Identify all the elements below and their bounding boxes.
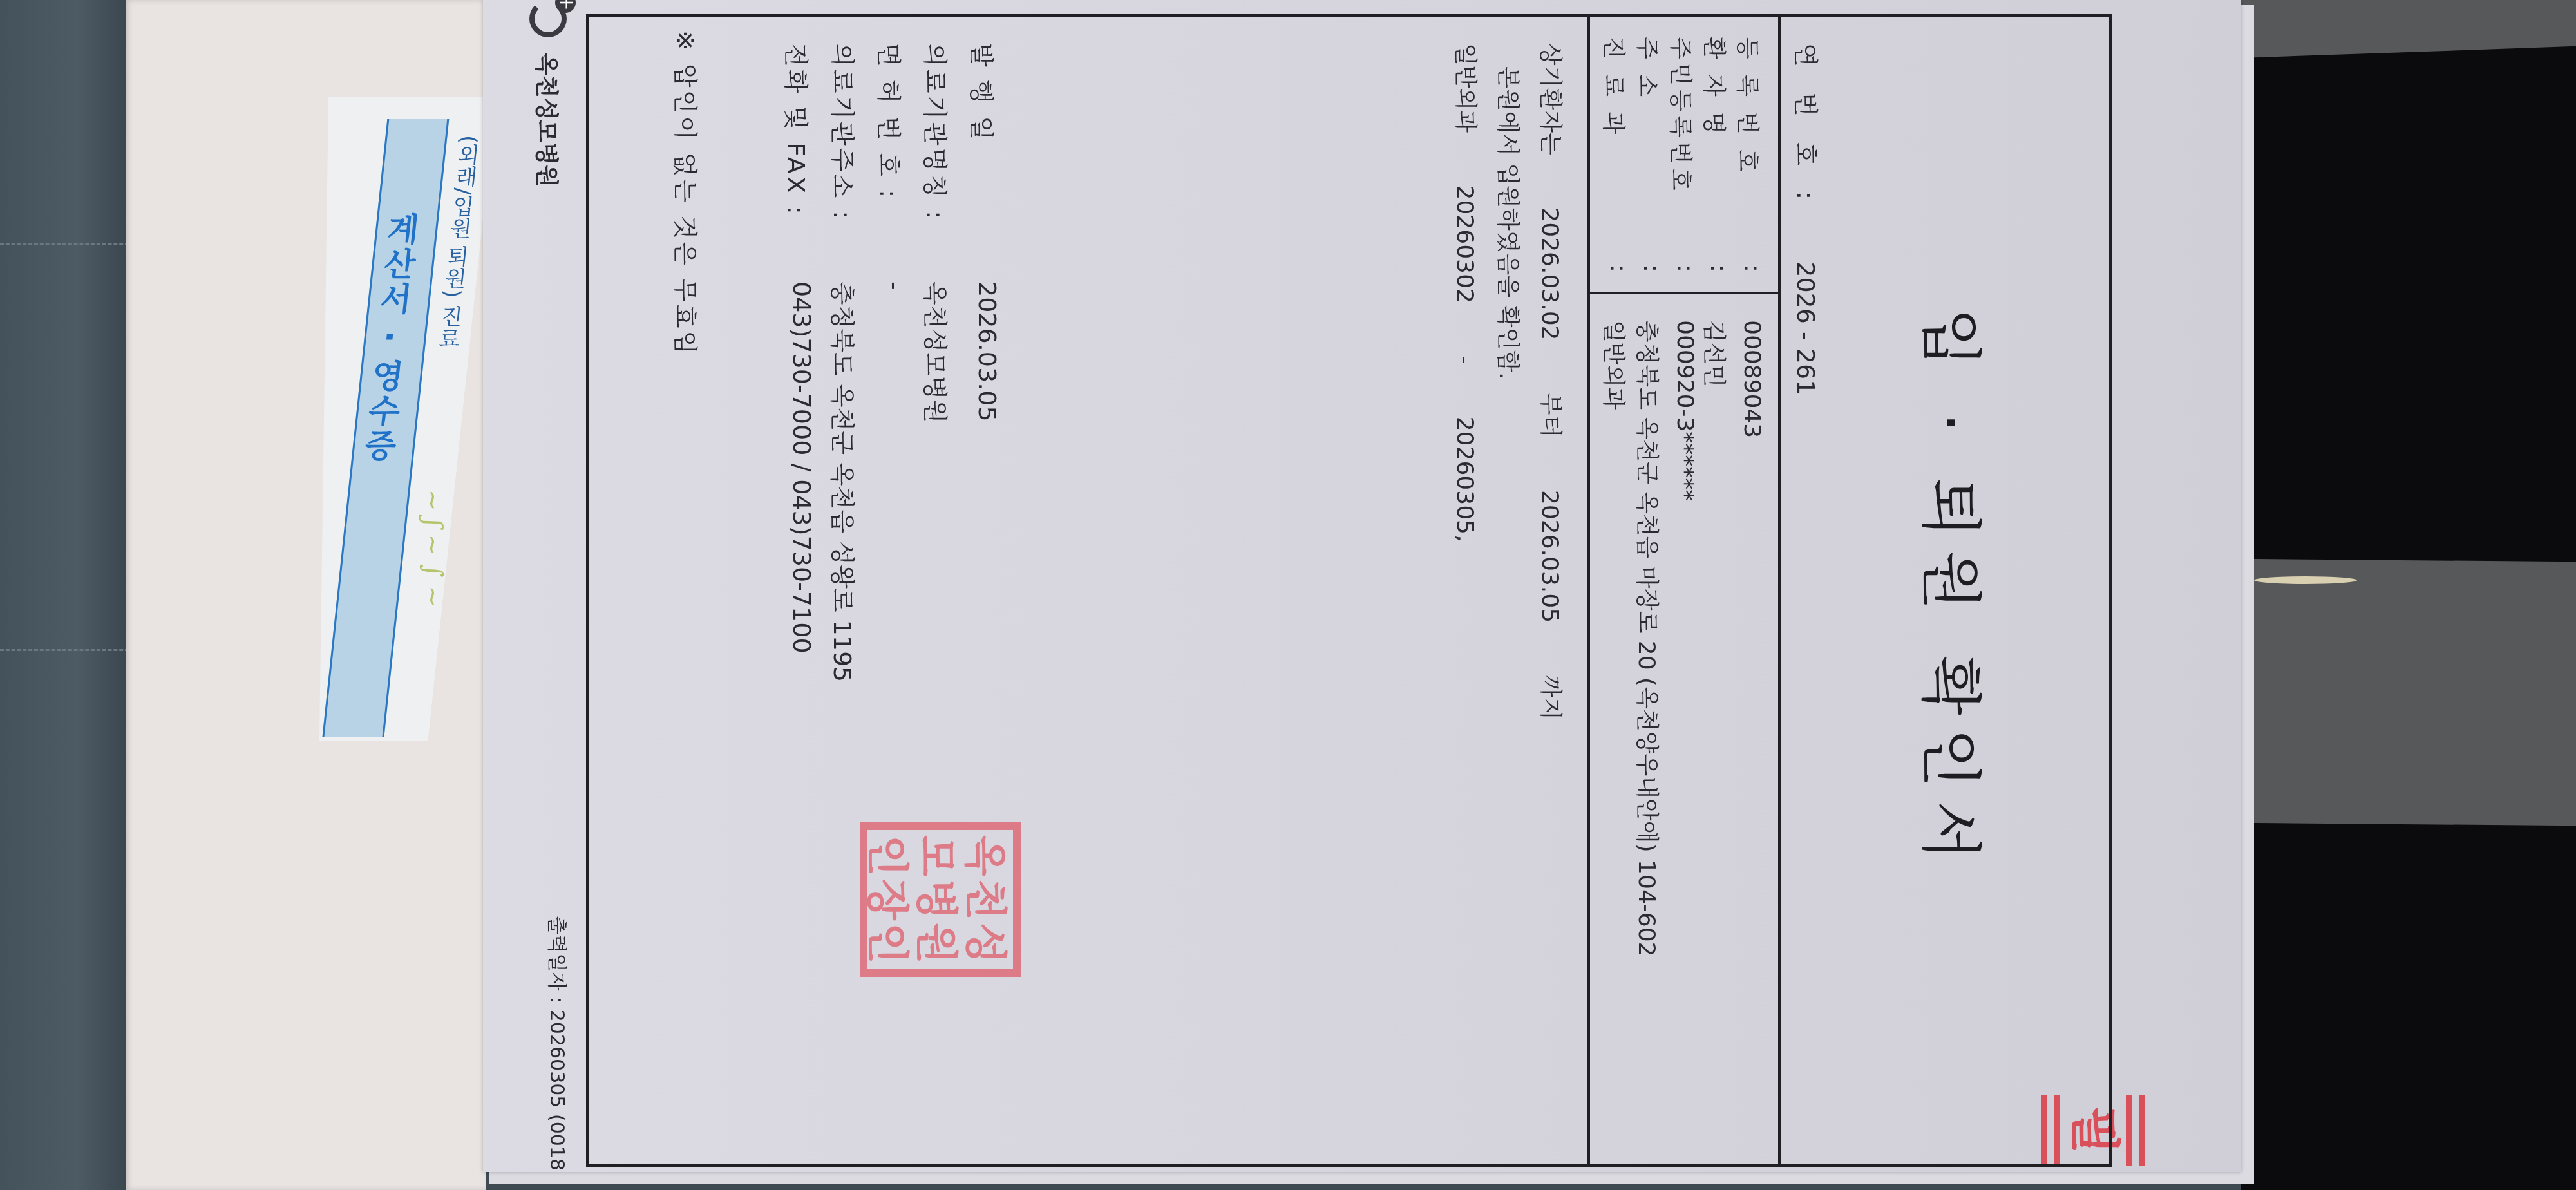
institution-name: 옥천성모병원 xyxy=(909,262,955,423)
validity-warning: ※ 압인이 없는 것은 무효임 xyxy=(670,30,705,357)
department: 일반외과 xyxy=(1598,320,1631,1144)
patient-info-labels: 등 록 번 호: 환 자 명: 주민등록번호: 주 소: 진 료 과: xyxy=(1590,17,1778,294)
institution-address: 충청북도 옥천군 옥천읍 성왕로 1195 xyxy=(816,262,862,682)
print-date: 출력일자 : 20260305 (0018 xyxy=(545,916,573,1171)
resident-number: 000920-3****** xyxy=(1665,320,1698,1144)
shoe-edge xyxy=(2254,576,2357,584)
info-label-row: 주 소: xyxy=(1631,37,1665,272)
serial-value: 2026 - 261 xyxy=(1792,261,1820,395)
admit-date: 2026.03.02 xyxy=(1537,207,1563,340)
patient-name: 김선민 xyxy=(1698,320,1732,1144)
issue-date: 2026.03.05 xyxy=(955,262,1001,422)
license-number: - xyxy=(862,262,909,290)
hospital-cross-icon xyxy=(529,0,567,37)
admission-statement: 상기환자는 2026.03.02 부터 2026.03.05 까지 본원에서 입… xyxy=(1441,43,1568,720)
serial-label: 연 번 호 : xyxy=(1792,43,1820,209)
info-label-row: 등 록 번 호: xyxy=(1732,37,1765,272)
patient-info-table: 등 록 번 호: 환 자 명: 주민등록번호: 주 소: 진 료 과: 0008… xyxy=(1587,17,1781,1164)
info-label-row: 환 자 명: xyxy=(1698,37,1732,272)
stitching xyxy=(0,649,129,651)
hospital-logo: 옥천성모병원 xyxy=(529,0,567,187)
issuance-details: 발 행 일2026.03.05 의료기관명칭 :옥천성모병원 면 허 번 호 :… xyxy=(770,43,1001,1138)
phone-fax: 043)730-7000 / 043)730-7100 xyxy=(770,262,816,654)
certificate: 필 입 · 퇴원 확인서 연 번 호 : 2026 - 261 등 록 번 호:… xyxy=(541,0,2228,1190)
logo-name: 옥천성모병원 xyxy=(532,53,565,187)
patient-address: 충청북도 옥천군 옥천읍 마장로 20 (옥천양우내안애) 104-602 xyxy=(1631,320,1665,1144)
discharge-date: 2026.03.05 xyxy=(1537,490,1563,623)
handwriting-scribble: ~ ʃ ~ ∫ ~ xyxy=(396,489,448,760)
info-label-row: 진 료 과: xyxy=(1598,37,1631,272)
stitching xyxy=(0,243,129,245)
document-frame: 입 · 퇴원 확인서 연 번 호 : 2026 - 261 등 록 번 호: 환… xyxy=(586,14,2112,1167)
patient-info-values: 00089043 김선민 000920-3****** 충청북도 옥천군 옥천읍… xyxy=(1590,301,1778,1164)
document-title: 입 · 퇴원 확인서 xyxy=(1911,17,2000,1164)
floor-tile xyxy=(2241,559,2576,826)
leather-surface xyxy=(0,0,129,1190)
registration-number: 00089043 xyxy=(1732,320,1765,1144)
serial-number: 연 번 호 : 2026 - 261 xyxy=(1790,43,1826,395)
info-label-row: 주민등록번호: xyxy=(1665,37,1698,272)
